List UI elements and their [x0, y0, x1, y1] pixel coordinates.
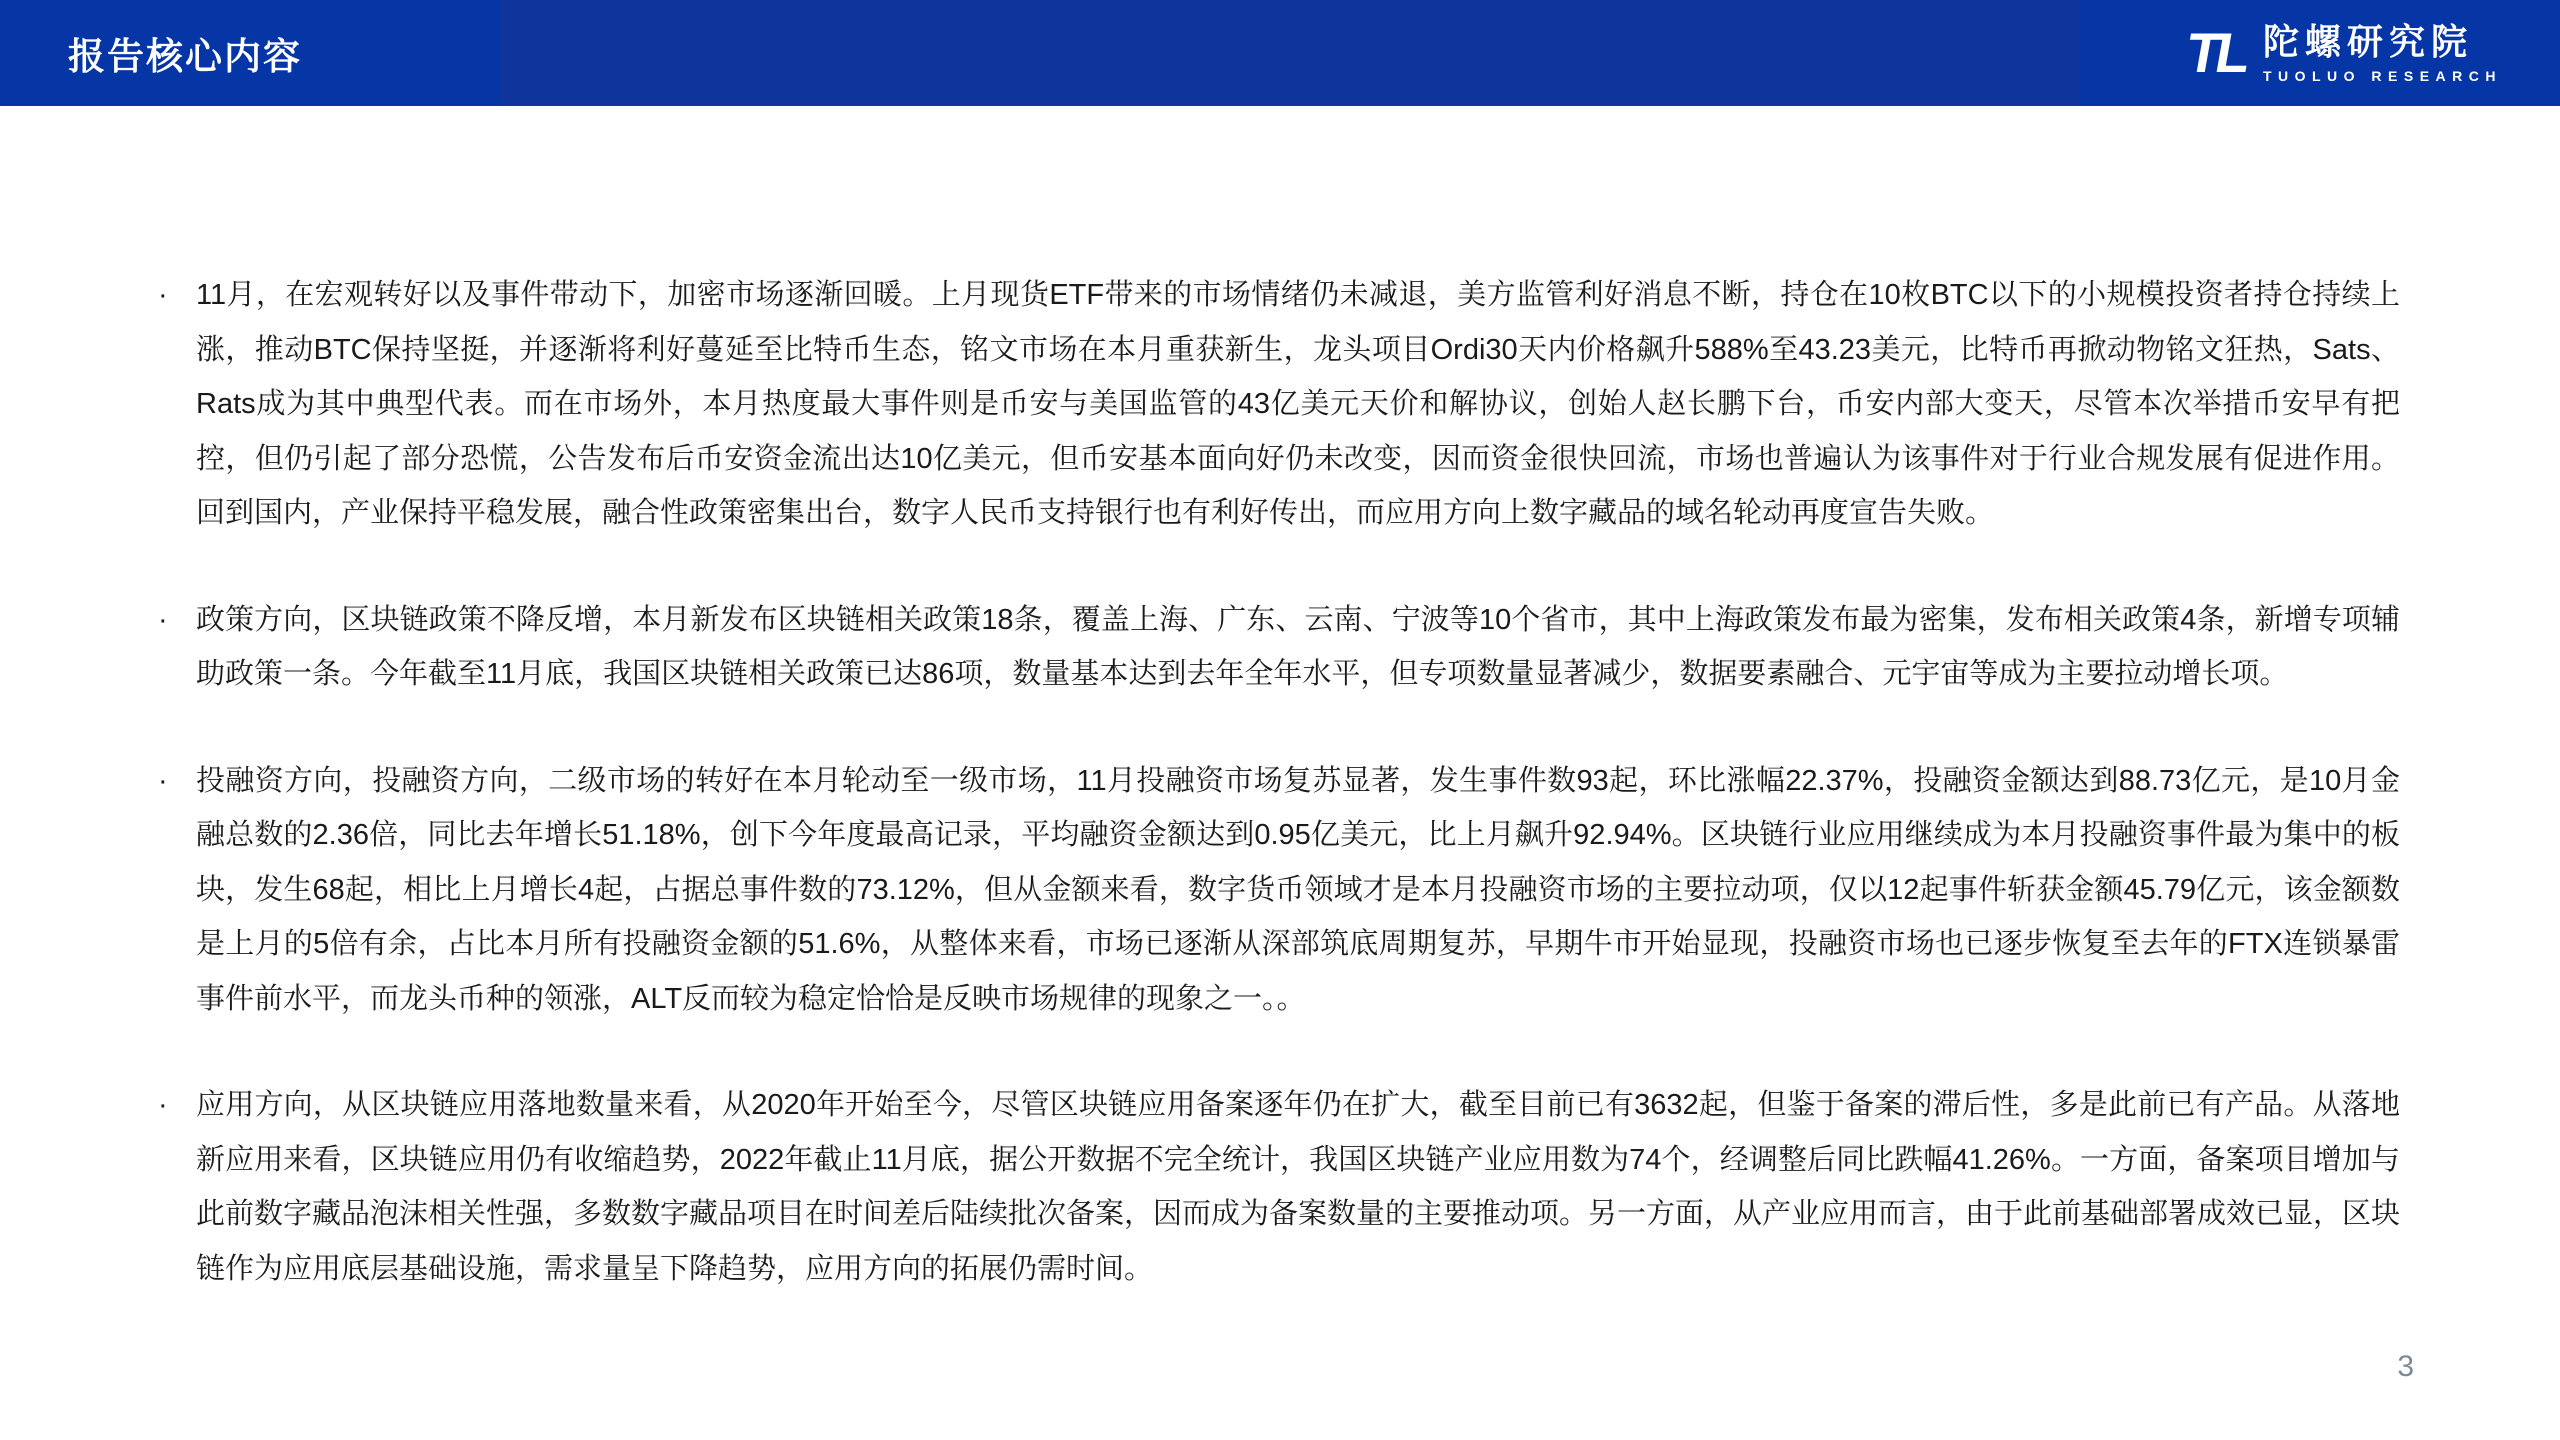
list-item: · 投融资方向，投融资方向，二级市场的转好在本月轮动至一级市场，11月投融资市场… [158, 754, 2400, 1027]
bullet-paragraph-application: 应用方向，从区块链应用落地数量来看，从2020年开始至今，尽管区块链应用备案逐年… [196, 1078, 2400, 1296]
bullet-paragraph-policy: 政策方向，区块链政策不降反增，本月新发布区块链相关政策18条，覆盖上海、广东、云… [196, 593, 2400, 702]
list-item: · 政策方向，区块链政策不降反增，本月新发布区块链相关政策18条，覆盖上海、广东… [158, 593, 2400, 702]
bullet-paragraph-market: 11月，在宏观转好以及事件带动下，加密市场逐渐回暖。上月现货ETF带来的市场情绪… [196, 268, 2400, 541]
list-item: · 应用方向，从区块链应用落地数量来看，从2020年开始至今，尽管区块链应用备案… [158, 1078, 2400, 1296]
list-item: · 11月，在宏观转好以及事件带动下，加密市场逐渐回暖。上月现货ETF带来的市场… [158, 268, 2400, 541]
header-band-decoration [500, 0, 2080, 106]
slide: 报告核心内容 TL 陀螺研究院 TUOLUO RESEARCH · 11月，在宏… [0, 0, 2560, 1440]
logo-mark-icon: TL [2182, 25, 2250, 81]
header-bar: 报告核心内容 TL 陀螺研究院 TUOLUO RESEARCH [0, 0, 2560, 106]
bullet-dot-icon: · [158, 1078, 196, 1133]
bullet-dot-icon: · [158, 754, 196, 809]
page-title: 报告核心内容 [68, 26, 302, 80]
logo-name-en: TUOLUO RESEARCH [2263, 68, 2502, 84]
bullet-dot-icon: · [158, 593, 196, 648]
logo-name-cn: 陀螺研究院 [2263, 22, 2502, 62]
logo-text: 陀螺研究院 TUOLUO RESEARCH [2263, 22, 2502, 84]
bullet-dot-icon: · [158, 268, 196, 323]
bullet-paragraph-investment: 投融资方向，投融资方向，二级市场的转好在本月轮动至一级市场，11月投融资市场复苏… [196, 754, 2400, 1027]
bullet-list: · 11月，在宏观转好以及事件带动下，加密市场逐渐回暖。上月现货ETF带来的市场… [158, 268, 2400, 1348]
page-number: 3 [2397, 1352, 2414, 1382]
company-logo: TL 陀螺研究院 TUOLUO RESEARCH [2187, 22, 2502, 84]
